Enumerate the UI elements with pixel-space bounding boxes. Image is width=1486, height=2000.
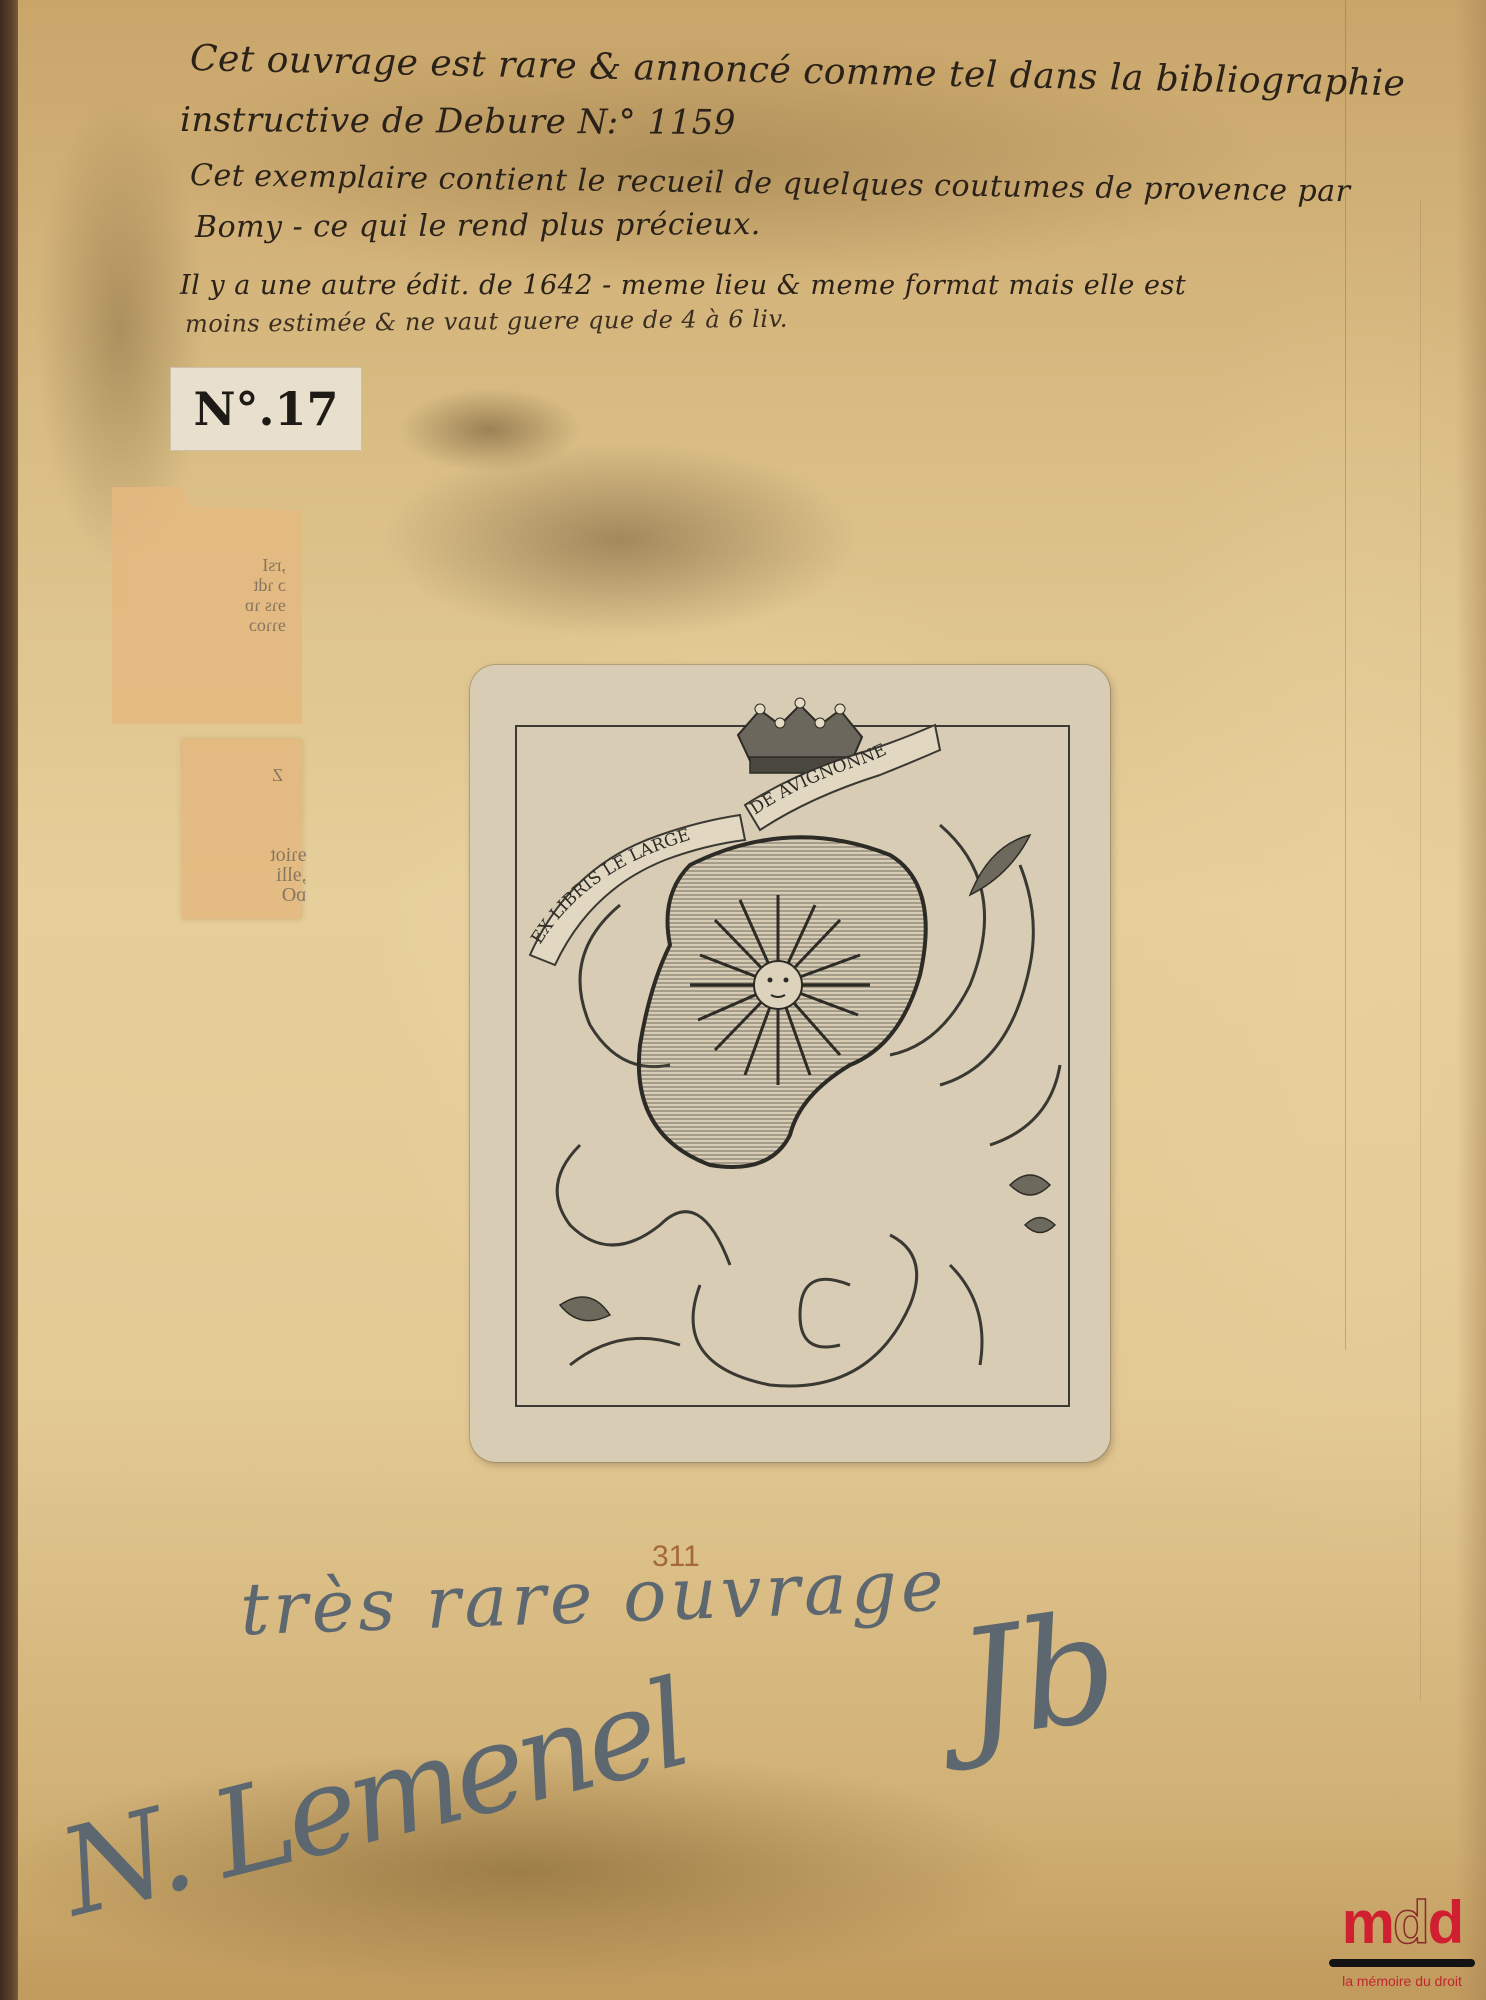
pencil-annotation: très rare ouvrage bbox=[239, 1543, 949, 1652]
book-spine-edge bbox=[0, 0, 18, 2000]
ex-libris-bookplate: EX LIBRIS LE LARGE DE AVIGNONNE bbox=[470, 665, 1110, 1462]
mdd-logo[interactable]: mdd la mémoire du droit bbox=[1322, 1893, 1482, 1998]
manuscript-line: instructive de Debure N:° 1159 bbox=[180, 100, 736, 143]
signature-right: Jb bbox=[949, 1580, 1128, 1774]
offset-text-lower: ɘɿiot ,ɘlli ɒO bbox=[270, 845, 307, 905]
mdd-logo-mark: mdd bbox=[1322, 1893, 1482, 1953]
paper-crease bbox=[1420, 200, 1421, 1700]
offset-text-upper: ,rsI ɔ ɿdt ɘɿs ɿɒ ɘɿɿoɔ bbox=[245, 555, 286, 635]
manuscript-line: Bomy - ce qui le rend plus précieux. bbox=[195, 207, 761, 245]
page-right-edge bbox=[1456, 0, 1486, 2000]
scanned-page: Cet ouvrage est rare & annoncé comme tel… bbox=[0, 0, 1486, 2000]
manuscript-line: Cet exemplaire contient le recueil de qu… bbox=[190, 158, 1351, 209]
logo-tagline: la mémoire du droit bbox=[1322, 1973, 1482, 1989]
logo-underline-bar bbox=[1329, 1959, 1475, 1967]
manuscript-line: moins estimée & ne vaut guere que de 4 à… bbox=[185, 305, 788, 338]
bookplate-engraving: EX LIBRIS LE LARGE DE AVIGNONNE bbox=[470, 665, 1110, 1462]
offset-text-lower: Z bbox=[272, 765, 283, 785]
signature-left: N. Lemenel bbox=[48, 1655, 699, 1944]
catalog-number-label: N°.17 bbox=[170, 367, 362, 451]
manuscript-line: Il y a une autre édit. de 1642 - meme li… bbox=[180, 270, 1186, 301]
manuscript-line: Cet ouvrage est rare & annoncé comme tel… bbox=[190, 38, 1406, 104]
